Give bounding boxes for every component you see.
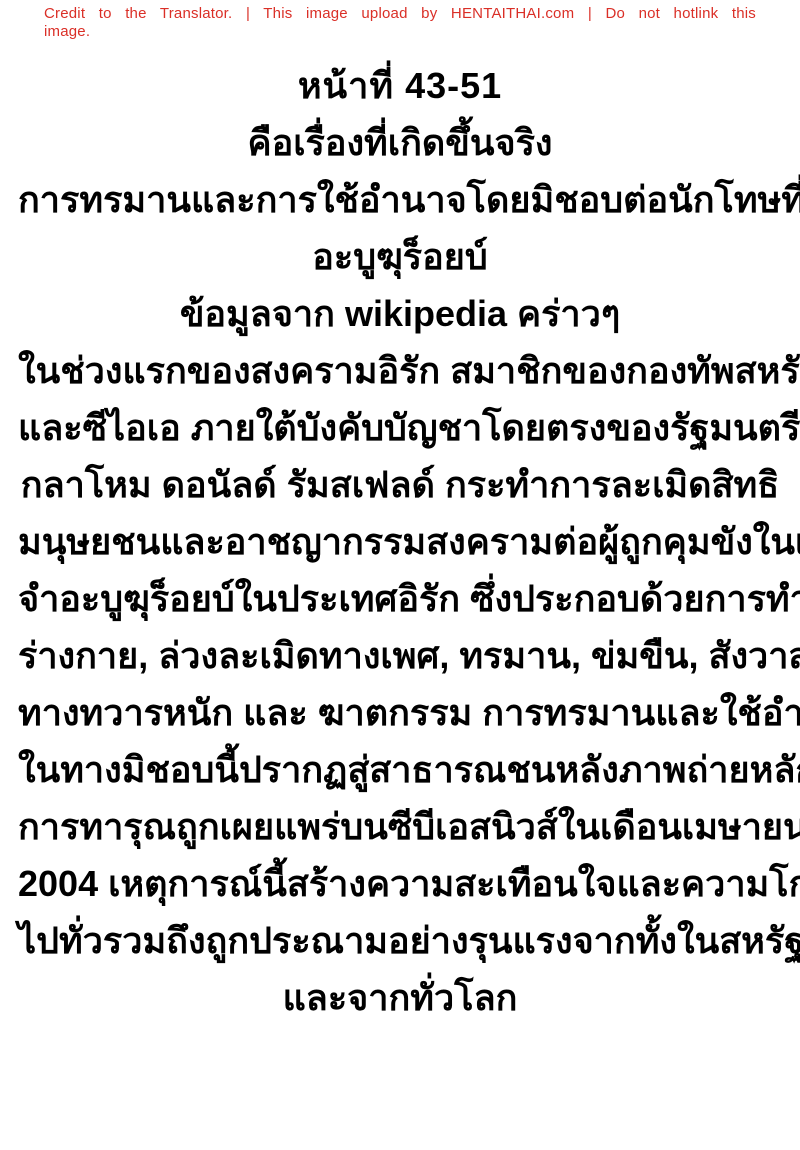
credit-line: Credit to the Translator. | This image u… <box>0 0 800 41</box>
body-line: ร่างกาย, ล่วงละเมิดทางเพศ, ทรมาน, ข่มขืน… <box>18 627 782 684</box>
body-line: กลาโหม ดอนัลด์ รัมสเฟลด์ กระทำการละเมิดส… <box>18 456 782 513</box>
source-line: ข้อมูลจาก wikipedia คร่าวๆ <box>18 285 782 342</box>
heading-line: อะบูฆุร็อยบ์ <box>18 228 782 285</box>
body-line: มนุษยชนและอาชญากรรมสงครามต่อผู้ถูกคุมขัง… <box>18 513 782 570</box>
translator-note-body: หน้าที่ 43-51 คือเรื่องที่เกิดขึ้นจริง ก… <box>0 57 800 1026</box>
subtitle-line: คือเรื่องที่เกิดขึ้นจริง <box>18 114 782 171</box>
body-line: การทารุณถูกเผยแพร่บนซีบีเอสนิวส์ในเดือนเ… <box>18 798 782 855</box>
body-line: และซีไอเอ ภายใต้บังคับบัญชาโดยตรงของรัฐม… <box>18 399 782 456</box>
body-line: 2004 เหตุการณ์นี้สร้างความสะเทือนใจและคว… <box>18 855 782 912</box>
body-line: ไปทั่วรวมถึงถูกประณามอย่างรุนแรงจากทั้งใ… <box>18 912 782 969</box>
body-line: และจากทั่วโลก <box>18 969 782 1026</box>
heading-line: การทรมานและการใช้อำนาจโดยมิชอบต่อนักโทษท… <box>18 171 782 228</box>
body-line: จำอะบูฆุร็อยบ์ในประเทศอิรัก ซึ่งประกอบด้… <box>18 570 782 627</box>
page-range-title: หน้าที่ 43-51 <box>18 57 782 114</box>
body-line: ในช่วงแรกของสงครามอิรัก สมาชิกของกองทัพส… <box>18 342 782 399</box>
body-line: ทางทวารหนัก และ ฆาตกรรม การทรมานและใช้อำ… <box>18 684 782 741</box>
body-line: ในทางมิชอบนี้ปรากฏสู่สาธารณชนหลังภาพถ่าย… <box>18 741 782 798</box>
